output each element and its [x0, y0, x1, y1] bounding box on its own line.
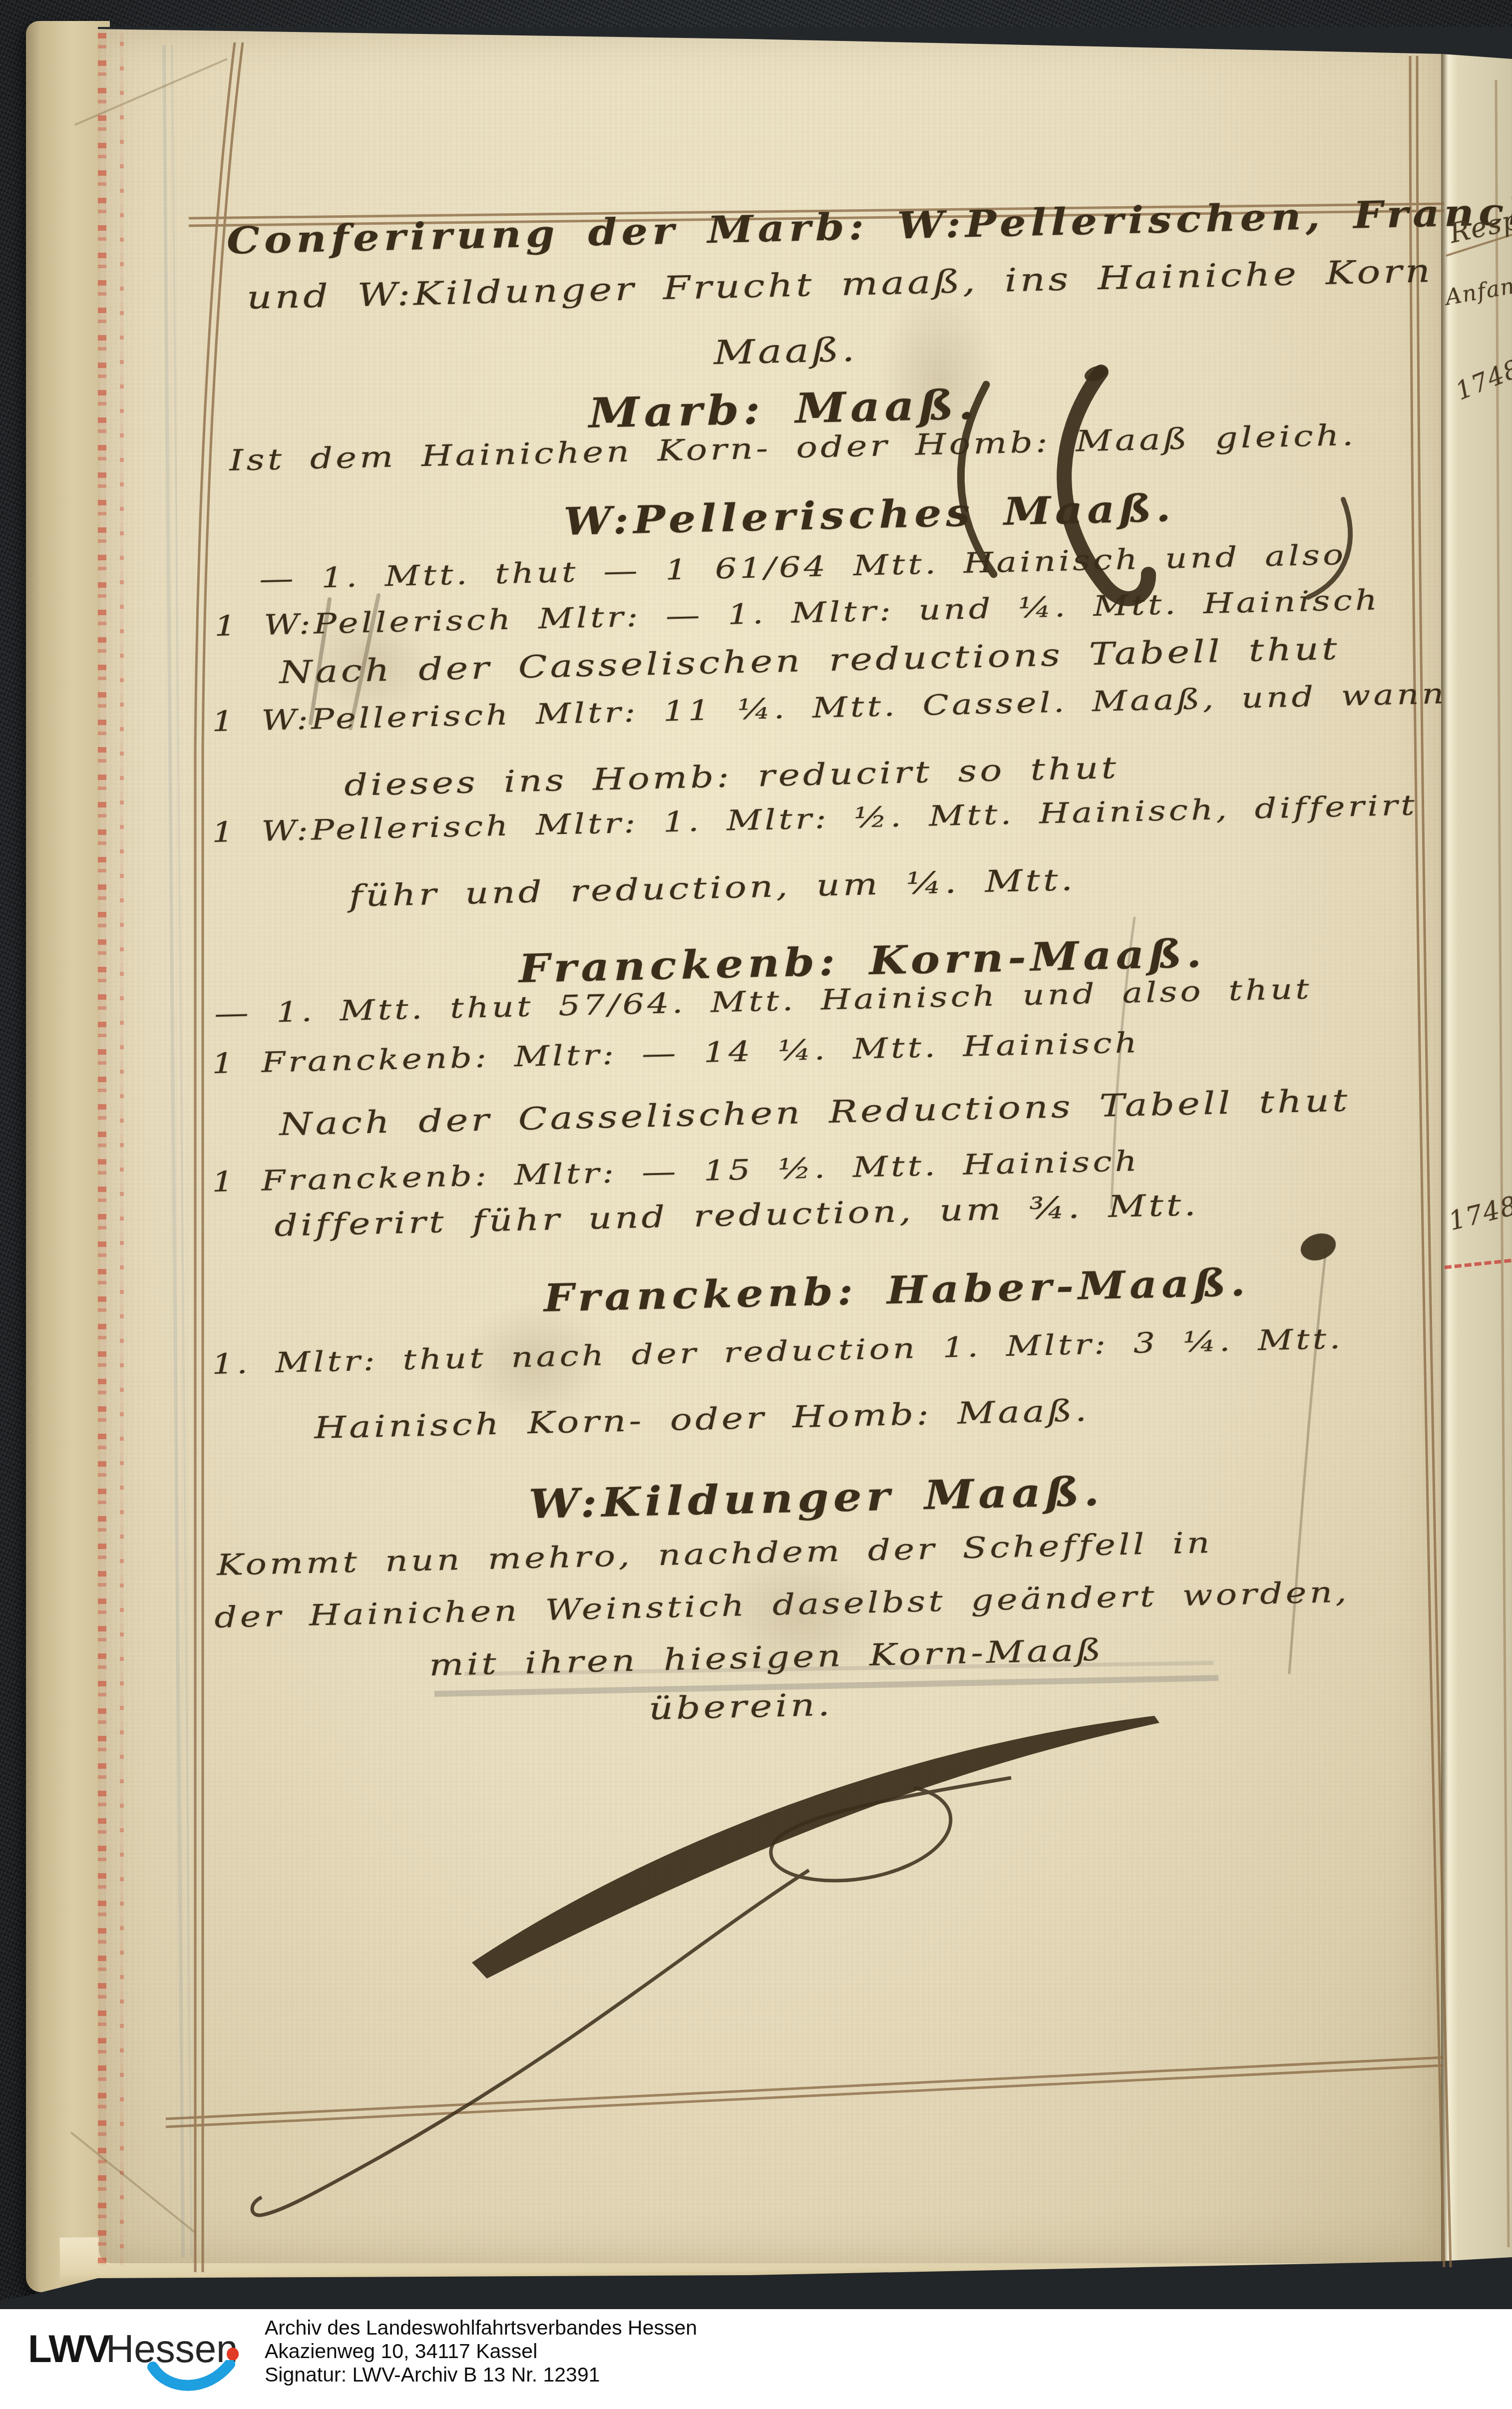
scanned-document-viewer: Conferirung der Marb: W:Pellerischen, Fr… [0, 0, 1512, 2409]
manuscript-line: — 1. Mtt. thut — 1 61/64 Mtt. Hainisch u… [259, 539, 1347, 596]
handwriting-layer: Conferirung der Marb: W:Pellerischen, Fr… [0, 0, 1512, 2409]
logo-swoosh-icon [146, 2360, 241, 2400]
manuscript-line: Hainisch Korn- oder Homb: Maaß. [314, 1393, 1090, 1446]
manuscript-line: überein. [648, 1686, 833, 1727]
manuscript-line: der Hainichen Weinstich daselbst geänder… [214, 1575, 1350, 1634]
section-heading: W:Pellerisches Maaß. [563, 485, 1175, 544]
section-heading: Franckenb: Haber-Maaß. [543, 1260, 1250, 1320]
manuscript-line: 1. Mltr: thut nach der reduction 1. Mltr… [212, 1323, 1344, 1381]
section-heading: Conferirung der Marb: W:Pellerischen, Fr… [226, 186, 1512, 263]
manuscript-line: 1 Franckenb: Mltr: — 14 ¼. Mtt. Hainisch [212, 1027, 1140, 1080]
marginal-year-note: 1748. [1446, 1189, 1512, 1237]
manuscript-line: Kommt nun mehro, nachdem der Scheffell i… [216, 1526, 1213, 1582]
manuscript-line: differirt führ und reduction, um ¾. Mtt. [274, 1188, 1199, 1243]
logo-text-bold: LWV [28, 2326, 109, 2372]
archive-signature: Signatur: LWV-Archiv B 13 Nr. 12391 [265, 2363, 697, 2387]
manuscript-line: Nach der Casselischen reductions Tabell … [279, 630, 1340, 691]
archive-street: Akazienweg 10, 34117 Kassel [265, 2340, 697, 2363]
manuscript-line: Nach der Casselischen Reductions Tabell … [279, 1082, 1351, 1143]
manuscript-line: dieses ins Homb: reducirt so thut [344, 751, 1120, 803]
footer-bar: LWV Hessen Archiv des Landeswohlfahrtsve… [0, 2309, 1512, 2409]
marginal-note: Anfang [1444, 271, 1512, 311]
section-heading: W:Kildunger Maaß. [528, 1468, 1104, 1528]
marginal-year-note: 1748. [1452, 350, 1512, 405]
archive-address-block: Archiv des Landeswohlfahrtsverbandes Hes… [265, 2316, 697, 2387]
archive-name: Archiv des Landeswohlfahrtsverbandes Hes… [265, 2316, 697, 2340]
manuscript-line: und W:Kildunger Frucht maaß, ins Hainich… [246, 253, 1434, 317]
manuscript-line: Maaß. [713, 330, 858, 372]
manuscript-line: führ und reduction, um ¼. Mtt. [349, 862, 1076, 914]
manuscript-line: 1 Franckenb: Mltr: — 15 ½. Mtt. Hainisch [212, 1145, 1140, 1199]
manuscript-line: mit ihren hiesigen Korn-Maaß [428, 1632, 1104, 1683]
